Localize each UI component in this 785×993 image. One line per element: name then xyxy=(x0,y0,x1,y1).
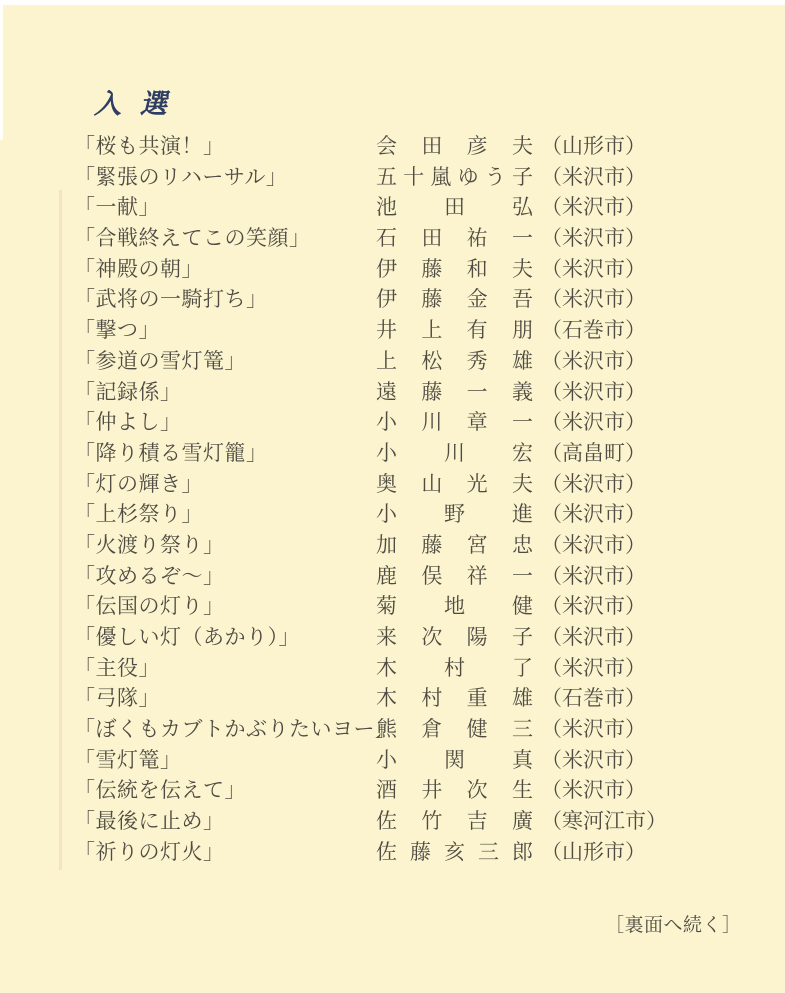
work-title: 「一献」 xyxy=(74,192,160,223)
winner-name: 佐 藤 亥 三 郎 xyxy=(376,837,533,868)
section-heading-nyusen: 入 選 xyxy=(94,82,173,121)
winner-city: （米沢市） xyxy=(541,530,646,561)
work-title: 「緊張のリハーサル」 xyxy=(74,162,287,193)
winner-row: 「仲よし」 小 川 章 一 （米沢市） xyxy=(0,407,785,438)
work-title: 「神殿の朝」 xyxy=(74,254,203,285)
work-title: 「参道の雪灯篭」 xyxy=(74,346,246,377)
winner-row: 「攻めるぞ～」 鹿 俣 祥 一 （米沢市） xyxy=(0,561,785,592)
winner-city: （米沢市） xyxy=(541,377,646,408)
scan-edge-top xyxy=(0,0,785,5)
winner-row: 「一献」 池 田 弘 （米沢市） xyxy=(0,192,785,223)
work-title: 「上杉祭り」 xyxy=(74,499,203,530)
work-title: 「雪灯篭」 xyxy=(74,745,182,776)
winner-name: 小 関 真 xyxy=(376,745,533,776)
work-title: 「撃つ」 xyxy=(74,315,160,346)
work-title: 「伝国の灯り」 xyxy=(74,591,225,622)
winner-city: （米沢市） xyxy=(541,775,646,806)
work-title: 「最後に止め」 xyxy=(74,806,225,837)
winner-row: 「最後に止め」 佐 竹 吉 廣 （寒河江市） xyxy=(0,806,785,837)
winner-name: 池 田 弘 xyxy=(376,192,533,223)
winner-name: 酒 井 次 生 xyxy=(376,775,533,806)
winner-name: 木 村 重 雄 xyxy=(376,683,533,714)
winner-city: （米沢市） xyxy=(541,745,646,776)
winner-name: 小 川 章 一 xyxy=(376,407,533,438)
winner-row: 「祈りの灯火」 佐 藤 亥 三 郎 （山形市） xyxy=(0,837,785,868)
work-title: 「優しい灯（あかり）」 xyxy=(74,622,300,653)
work-title: 「桜も共演！」 xyxy=(74,131,225,162)
work-title: 「弓隊」 xyxy=(74,683,160,714)
winner-row: 「緊張のリハーサル」 五 十 嵐 ゆ う 子 （米沢市） xyxy=(0,162,785,193)
winner-name: 会 田 彦 夫 xyxy=(376,131,533,162)
winner-city: （米沢市） xyxy=(541,499,646,530)
winner-row: 「神殿の朝」 伊 藤 和 夫 （米沢市） xyxy=(0,254,785,285)
winner-row: 「降り積る雪灯籠」 小 川 宏 （高畠町） xyxy=(0,438,785,469)
winner-row: 「参道の雪灯篭」 上 松 秀 雄 （米沢市） xyxy=(0,346,785,377)
winner-name: 菊 地 健 xyxy=(376,591,533,622)
winner-city: （米沢市） xyxy=(541,561,646,592)
winner-name: 木 村 了 xyxy=(376,653,533,684)
work-title: 「ぼくもカブトかぶりたいヨー」 xyxy=(74,714,397,745)
winner-city: （米沢市） xyxy=(541,346,646,377)
winner-row: 「武将の一騎打ち」 伊 藤 金 吾 （米沢市） xyxy=(0,284,785,315)
winner-name: 奥 山 光 夫 xyxy=(376,469,533,500)
work-title: 「記録係」 xyxy=(74,377,182,408)
work-title: 「仲よし」 xyxy=(74,407,182,438)
winner-name: 佐 竹 吉 廣 xyxy=(376,806,533,837)
work-title: 「主役」 xyxy=(74,653,160,684)
winner-city: （米沢市） xyxy=(541,591,646,622)
winner-name: 来 次 陽 子 xyxy=(376,622,533,653)
winner-name: 井 上 有 朋 xyxy=(376,315,533,346)
winner-city: （石巻市） xyxy=(541,315,646,346)
winner-name: 小 野 進 xyxy=(376,499,533,530)
winner-city: （山形市） xyxy=(541,131,646,162)
winner-row: 「合戦終えてこの笑顔」 石 田 祐 一 （米沢市） xyxy=(0,223,785,254)
winner-name: 小 川 宏 xyxy=(376,438,533,469)
winner-city: （石巻市） xyxy=(541,683,646,714)
winner-row: 「撃つ」 井 上 有 朋 （石巻市） xyxy=(0,315,785,346)
work-title: 「降り積る雪灯籠」 xyxy=(74,438,268,469)
winner-row: 「雪灯篭」 小 関 真 （米沢市） xyxy=(0,745,785,776)
winner-city: （高畠町） xyxy=(541,438,646,469)
winner-city: （米沢市） xyxy=(541,469,646,500)
winner-name: 伊 藤 和 夫 xyxy=(376,254,533,285)
work-title: 「祈りの灯火」 xyxy=(74,837,225,868)
winner-city: （米沢市） xyxy=(541,622,646,653)
work-title: 「灯の輝き」 xyxy=(74,469,203,500)
winner-name: 五 十 嵐 ゆ う 子 xyxy=(376,162,533,193)
winner-city: （米沢市） xyxy=(541,284,646,315)
winner-city: （米沢市） xyxy=(541,653,646,684)
winners-list: 「桜も共演！」 会 田 彦 夫 （山形市） 「緊張のリハーサル」 五 十 嵐 ゆ… xyxy=(0,131,785,868)
winner-row: 「主役」 木 村 了 （米沢市） xyxy=(0,653,785,684)
winner-name: 遠 藤 一 義 xyxy=(376,377,533,408)
work-title: 「合戦終えてこの笑顔」 xyxy=(74,223,311,254)
winner-city: （米沢市） xyxy=(541,223,646,254)
scan-edge-left xyxy=(0,0,3,140)
winner-name: 上 松 秀 雄 xyxy=(376,346,533,377)
winner-name: 伊 藤 金 吾 xyxy=(376,284,533,315)
winner-row: 「桜も共演！」 会 田 彦 夫 （山形市） xyxy=(0,131,785,162)
winner-row: 「火渡り祭り」 加 藤 宮 忠 （米沢市） xyxy=(0,530,785,561)
winner-city: （米沢市） xyxy=(541,407,646,438)
winner-city: （米沢市） xyxy=(541,714,646,745)
scanned-document-page: 入 選 「桜も共演！」 会 田 彦 夫 （山形市） 「緊張のリハーサル」 五 十… xyxy=(0,0,785,993)
winner-row: 「ぼくもカブトかぶりたいヨー」 熊 倉 健 三 （米沢市） xyxy=(0,714,785,745)
continued-on-back-note: ［裏面へ続く］ xyxy=(605,912,742,940)
winner-name: 熊 倉 健 三 xyxy=(376,714,533,745)
winner-name: 石 田 祐 一 xyxy=(376,223,533,254)
winner-row: 「記録係」 遠 藤 一 義 （米沢市） xyxy=(0,377,785,408)
work-title: 「攻めるぞ～」 xyxy=(74,561,225,592)
winner-row: 「伝統を伝えて」 酒 井 次 生 （米沢市） xyxy=(0,775,785,806)
winner-name: 加 藤 宮 忠 xyxy=(376,530,533,561)
winner-row: 「伝国の灯り」 菊 地 健 （米沢市） xyxy=(0,591,785,622)
winner-city: （米沢市） xyxy=(541,162,646,193)
winner-row: 「弓隊」 木 村 重 雄 （石巻市） xyxy=(0,683,785,714)
winner-row: 「上杉祭り」 小 野 進 （米沢市） xyxy=(0,499,785,530)
winner-city: （米沢市） xyxy=(541,192,646,223)
winner-city: （寒河江市） xyxy=(541,806,667,837)
winner-row: 「優しい灯（あかり）」 来 次 陽 子 （米沢市） xyxy=(0,622,785,653)
work-title: 「火渡り祭り」 xyxy=(74,530,225,561)
winner-row: 「灯の輝き」 奥 山 光 夫 （米沢市） xyxy=(0,469,785,500)
work-title: 「伝統を伝えて」 xyxy=(74,775,246,806)
winner-city: （米沢市） xyxy=(541,254,646,285)
winner-city: （山形市） xyxy=(541,837,646,868)
winner-name: 鹿 俣 祥 一 xyxy=(376,561,533,592)
work-title: 「武将の一騎打ち」 xyxy=(74,284,268,315)
